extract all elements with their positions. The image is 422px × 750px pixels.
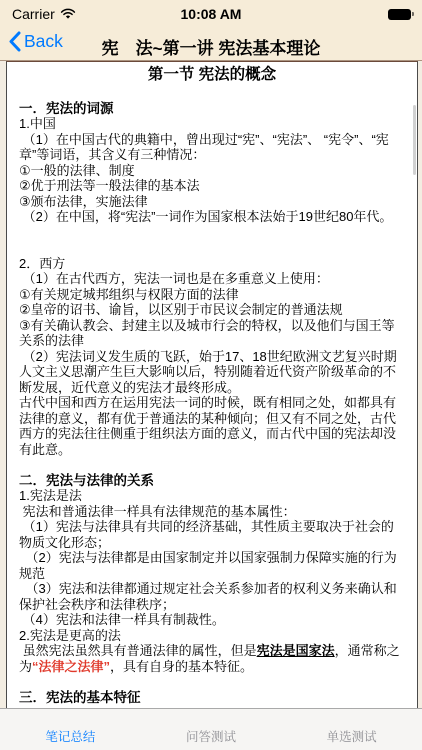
content-line: 古代中国和西方在运用宪法一词的时候，既有相同之处，如都具有法律的意义，都有优于普…	[19, 395, 405, 457]
battery-icon	[388, 9, 414, 20]
content-line: 2.宪法是更高的法	[19, 628, 405, 644]
blank-line	[19, 225, 405, 241]
section-title: 第一节 宪法的概念	[19, 66, 405, 84]
blank-line	[19, 457, 405, 473]
navigation-bar: Back 宪 法~第一讲 宪法基本理论	[0, 28, 422, 61]
chevron-left-icon	[8, 31, 21, 52]
tab-notes-summary[interactable]: 笔记总结	[0, 709, 141, 750]
text-segment: ，具有自身的基本特征。	[110, 659, 253, 674]
text-segment: 虽然宪法虽然具有普通法律的属性，但是	[19, 643, 257, 658]
battery-tip	[412, 12, 414, 16]
content-line: （2）宪法与法律都是由国家制定并以国家强制力保障实施的行为规范	[19, 550, 405, 581]
content-body: 第一节 宪法的概念一．宪法的词源1.中国 （1）在中国古代的典籍中，曾出现过“宪…	[19, 66, 405, 705]
content-heading: 一．宪法的词源	[19, 101, 405, 117]
content-line: （1）在中国古代的典籍中，曾出现过“宪”、“宪法”、 “宪令”、“宪章”等词语，…	[19, 132, 405, 163]
back-button-label: Back	[24, 31, 63, 52]
emphasis-underline: 宪法是国家法	[257, 643, 335, 658]
carrier-label: Carrier	[12, 6, 55, 22]
content-line: 虽然宪法虽然具有普通法律的属性，但是宪法是国家法，通常称之为“法律之法律”，具有…	[19, 643, 405, 674]
content-line: （1）宪法与法律具有共同的经济基础，其性质主要取决于社会的物质文化形态；	[19, 519, 405, 550]
wifi-icon	[60, 8, 76, 20]
page-title: 宪 法~第一讲 宪法基本理论	[102, 34, 321, 59]
document-page: 第一节 宪法的概念一．宪法的词源1.中国 （1）在中国古代的典籍中，曾出现过“宪…	[6, 61, 418, 750]
tab-single-choice-test[interactable]: 单选测试	[281, 709, 422, 750]
blank-line	[19, 240, 405, 256]
content-scroll-area[interactable]: 第一节 宪法的概念一．宪法的词源1.中国 （1）在中国古代的典籍中，曾出现过“宪…	[0, 61, 422, 750]
content-line: 1.中国	[19, 116, 405, 132]
content-line: （2）宪法词义发生质的飞跃，始于17、18世纪欧洲文艺复兴时期人文主义思潮产生巨…	[19, 349, 405, 396]
content-line: ①有关规定城邦组织与权限方面的法律	[19, 287, 405, 303]
emphasis-red: “法律之法律”	[32, 659, 110, 674]
content-line: （2）在中国，将“宪法”一词作为国家根本法始于19世纪80年代。	[19, 209, 405, 225]
content-heading: 二．宪法与法律的关系	[19, 473, 405, 489]
status-bar: Carrier 10:08 AM	[0, 0, 422, 28]
content-line: ③颁布法律，实施法律	[19, 194, 405, 210]
blank-line	[19, 85, 405, 101]
content-line: ①一般的法律、制度	[19, 163, 405, 179]
tab-bar: 笔记总结问答测试单选测试	[0, 708, 422, 750]
content-line: 2．西方	[19, 256, 405, 272]
blank-line	[19, 674, 405, 690]
content-line: （1）在古代西方，宪法一词也是在多重意义上使用：	[19, 271, 405, 287]
content-line: （3）宪法和法律都通过规定社会关系参加者的权利义务来确认和保护社会秩序和法律秩序…	[19, 581, 405, 612]
content-line: ②皇帝的诏书、谕旨，以区别于市民议会制定的普通法规	[19, 302, 405, 318]
back-button[interactable]: Back	[8, 31, 63, 52]
content-line: ②优于刑法等一般法律的基本法	[19, 178, 405, 194]
content-line: 1.宪法是法	[19, 488, 405, 504]
content-line: （4）宪法和法律一样具有制裁性。	[19, 612, 405, 628]
battery-body	[388, 9, 411, 20]
content-heading: 三．宪法的基本特征	[19, 690, 405, 706]
content-line: 宪法和普通法律一样具有法律规范的基本属性：	[19, 504, 405, 520]
scrollbar-thumb[interactable]	[413, 105, 416, 175]
tab-qa-test[interactable]: 问答测试	[141, 709, 282, 750]
status-time: 10:08 AM	[181, 6, 242, 22]
content-line: ③有关确认教会、封建主以及城市行会的特权，以及他们与国王等关系的法律	[19, 318, 405, 349]
